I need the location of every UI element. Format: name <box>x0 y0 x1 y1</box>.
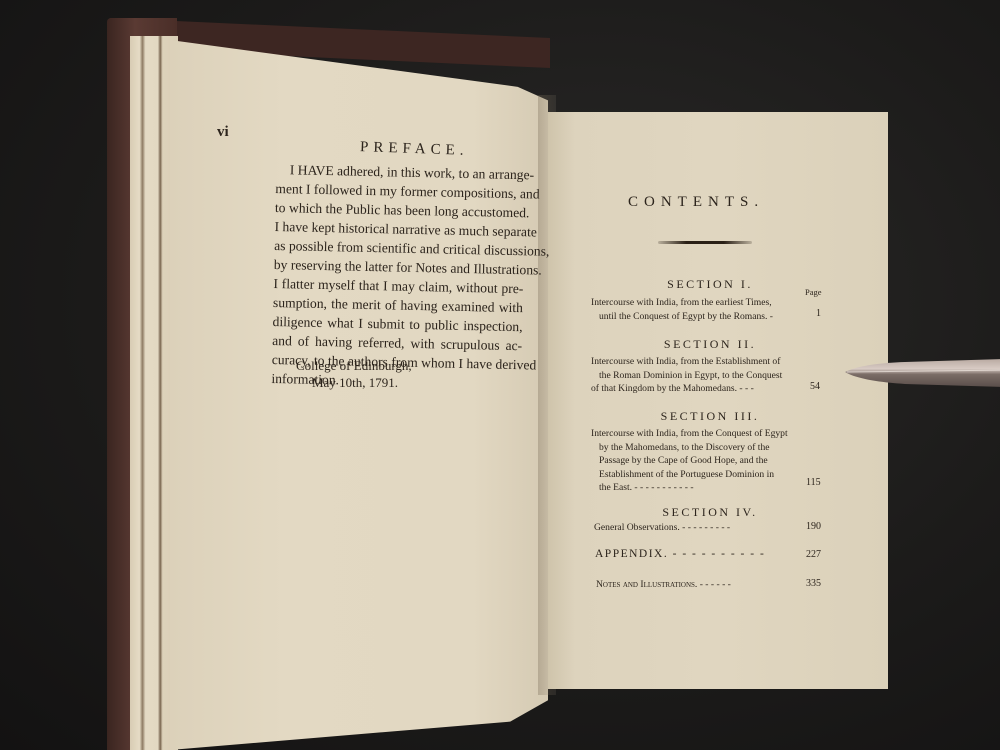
section-heading: SECTION I. <box>610 277 810 292</box>
entry-line: of that Kingdom by the Mahomedans. - - - <box>591 382 823 396</box>
section-heading: SECTION III. <box>610 409 810 424</box>
entry-line: by the Mahomedans, to the Discovery of t… <box>591 441 823 455</box>
entry-line: Intercourse with India, from the Conques… <box>591 427 823 441</box>
photo-scene: vi PREFACE. I HAVE adhered, in this work… <box>0 0 1000 750</box>
left-page <box>170 40 548 750</box>
entry-line: APPENDIX. - - - - - - - - - - <box>595 548 827 562</box>
page-number: vi <box>217 124 229 141</box>
section-heading: SECTION IV. <box>610 505 810 520</box>
contents-entry: Intercourse with India, from the Conques… <box>591 427 823 495</box>
notes-entry: Notes and Illustrations. - - - - - - <box>596 578 828 592</box>
preface-signature: College of Edinburgh, May 10th, 1791. <box>296 357 412 391</box>
entry-line: Intercourse with India, from the earlies… <box>591 296 823 310</box>
signature-date: May 10th, 1791. <box>296 374 412 391</box>
entry-line: until the Conquest of Egypt by the Roman… <box>591 310 823 324</box>
entry-line: Intercourse with India, from the Establi… <box>591 355 823 369</box>
contents-entry: Intercourse with India, from the Establi… <box>591 355 823 396</box>
entry-line: Passage by the Cape of Good Hope, and th… <box>591 454 823 468</box>
contents-entry: General Observations. - - - - - - - - - <box>594 521 826 535</box>
entry-page-number: 227 <box>806 549 821 560</box>
entry-page-number: 335 <box>806 578 821 589</box>
entry-line: the Roman Dominion in Egypt, to the Conq… <box>591 369 823 383</box>
signature-place: College of Edinburgh, <box>296 357 412 374</box>
entry-page-number: 115 <box>806 477 821 488</box>
section-heading: SECTION II. <box>610 337 810 352</box>
entry-line: Notes and Illustrations. - - - - - - <box>596 578 828 592</box>
entry-page-number: 54 <box>810 381 820 392</box>
entry-line: the East. - - - - - - - - - - - <box>591 481 823 495</box>
appendix-entry: APPENDIX. - - - - - - - - - - <box>595 548 827 562</box>
entry-page-number: 1 <box>816 308 821 319</box>
contents-title: CONTENTS. <box>628 194 764 211</box>
entry-line: Establishment of the Portuguese Dominion… <box>591 468 823 482</box>
contents-entry: Intercourse with India, from the earlies… <box>591 296 823 323</box>
entry-line: General Observations. - - - - - - - - - <box>594 521 826 535</box>
decorative-rule <box>658 241 752 244</box>
pointer-blade-icon <box>845 358 1000 388</box>
entry-page-number: 190 <box>806 521 821 532</box>
